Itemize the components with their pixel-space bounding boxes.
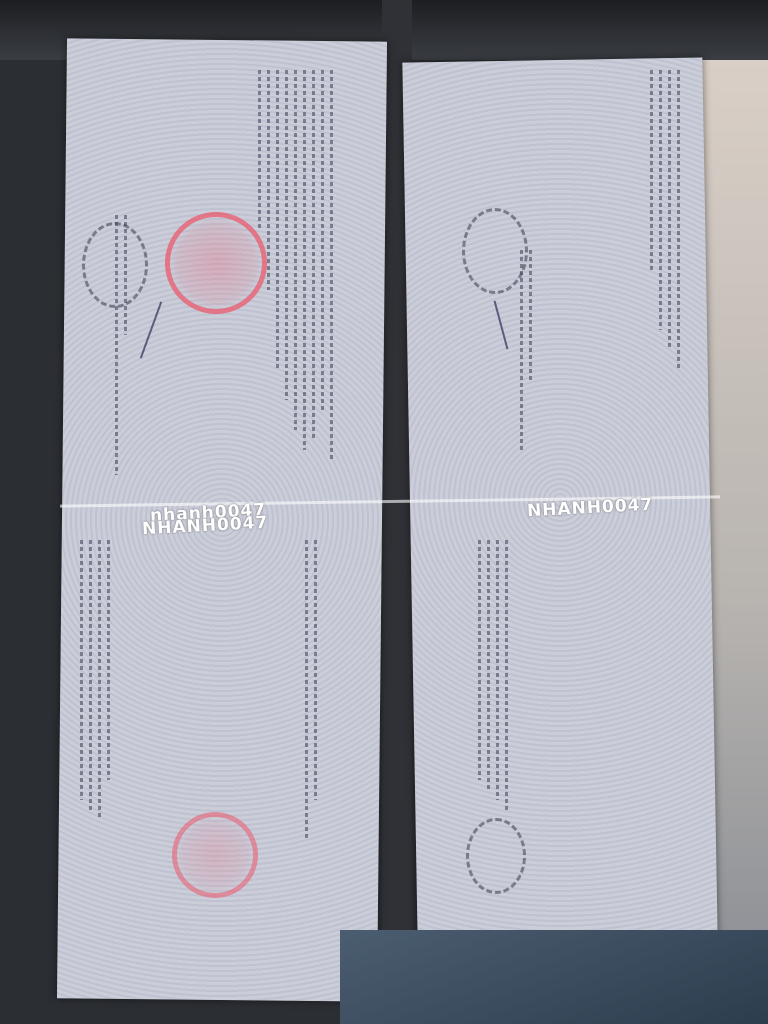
right-top-text-block — [650, 70, 680, 370]
left-bottom-right-text — [305, 540, 317, 860]
bottom-surface — [340, 930, 768, 1024]
red-seal-left-top — [165, 212, 267, 314]
emblem-stamp-right — [462, 208, 528, 294]
left-top-text-block — [258, 70, 333, 450]
emblem-stamp-right-bottom — [466, 818, 526, 894]
emblem-stamp-left — [82, 222, 148, 308]
right-middle-text — [520, 250, 532, 470]
red-seal-left-bottom — [172, 812, 258, 898]
left-bottom-text-block — [80, 540, 110, 860]
right-bottom-text-block — [478, 540, 508, 820]
